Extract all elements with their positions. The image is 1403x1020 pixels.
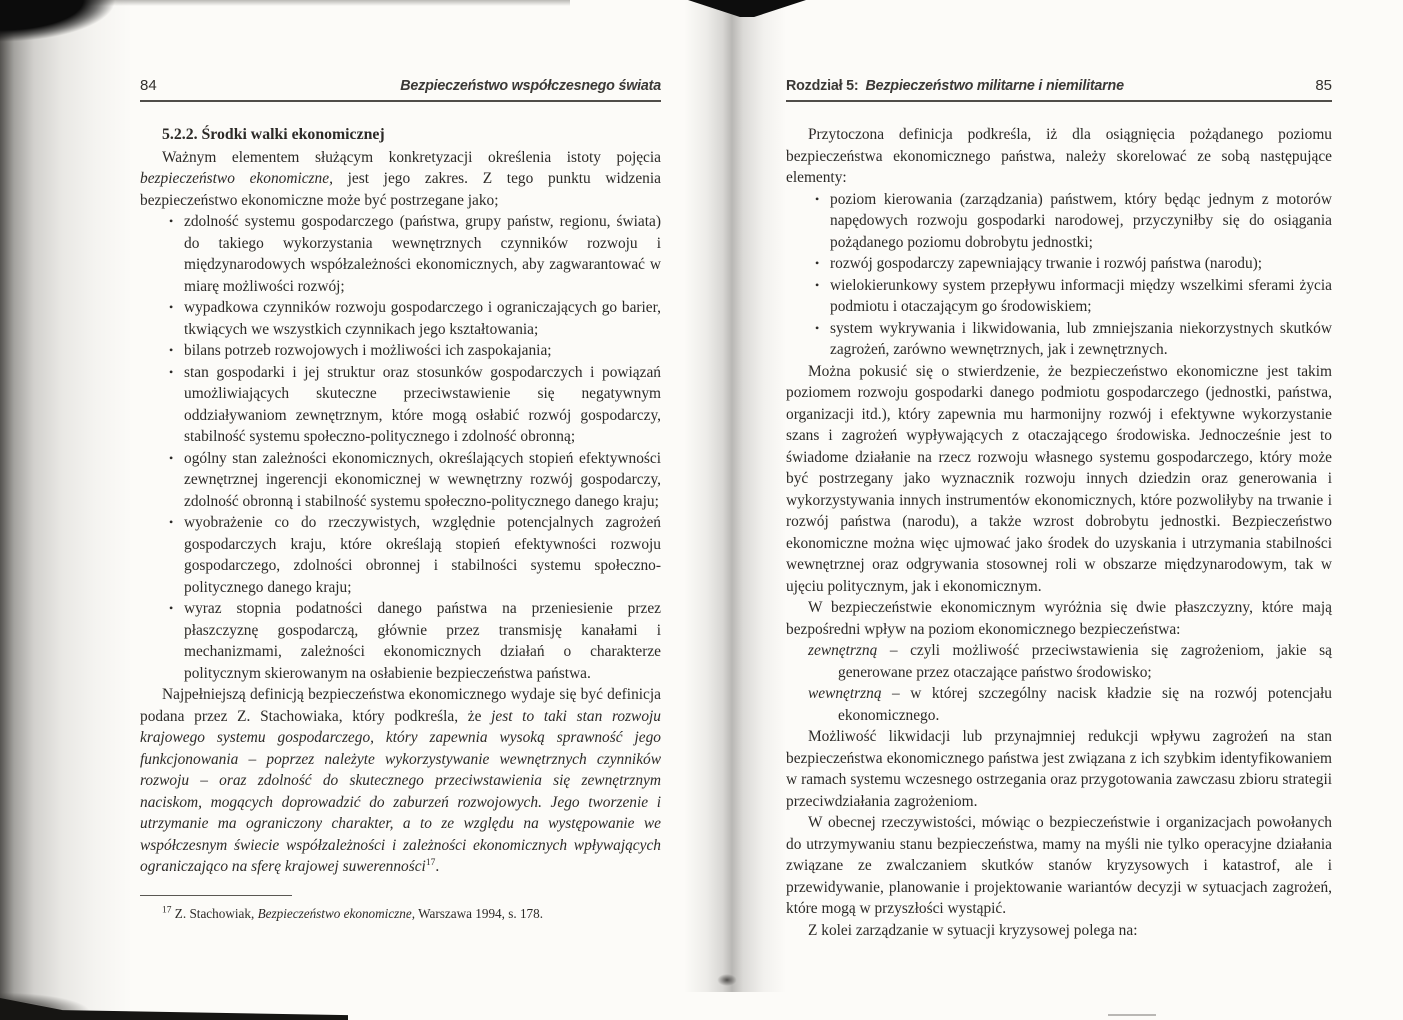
page-number-right: 85 <box>1315 78 1332 94</box>
paragraph: Przytoczona definicja podkreśla, iż dla … <box>786 124 1332 189</box>
text-segment: . <box>435 858 439 875</box>
running-title-left: Bezpieczeństwo współczesnego świata <box>400 78 661 94</box>
running-title-right: Rozdział 5:Bezpieczeństwo militarne i ni… <box>786 78 1124 94</box>
page-right-body: Przytoczona definicja podkreśla, iż dla … <box>786 124 1332 941</box>
text-segment: Warszawa 1994, s. 178. <box>415 906 543 921</box>
scan-bottom-right-mark <box>1108 1014 1156 1016</box>
footnote-text: 17 Z. Stachowiak, Bezpieczeństwo ekonomi… <box>140 905 661 922</box>
book-gutter-shadow <box>684 0 786 992</box>
bullet-item: wypadkowa czynników rozwoju gospodarczeg… <box>168 297 661 340</box>
text-segment: Ważnym elementem służącym konkretyzacji … <box>162 149 661 166</box>
text-segment: Z. Stachowiak, <box>172 906 258 921</box>
paragraph: Możliwość likwidacji lub przynajmniej re… <box>786 726 1332 812</box>
paragraph: W obecnej rzeczywistości, mówiąc o bezpi… <box>786 812 1332 920</box>
text-segment-italic: jest to taki stan rozwoju krajowego syst… <box>140 708 661 876</box>
text-segment-italic: bezpieczeństwo ekonomiczne, <box>140 170 333 187</box>
book-gutter-smudge <box>714 972 740 988</box>
bullet-item: wyraz stopnia podatności danego państwa … <box>168 598 661 684</box>
bullet-item: rozwój gospodarczy zapewniający trwanie … <box>814 253 1332 275</box>
bullet-list-right: poziom kierowania (zarządzania) państwem… <box>786 189 1332 361</box>
running-header-left: 84 Bezpieczeństwo współczesnego świata <box>140 78 661 102</box>
running-header-right: Rozdział 5:Bezpieczeństwo militarne i ni… <box>786 78 1332 102</box>
text-segment-italic: Bezpieczeństwo ekonomiczne, <box>258 906 415 921</box>
page-left: 84 Bezpieczeństwo współczesnego świata 5… <box>140 78 661 922</box>
scan-left-edge-shadow <box>0 0 132 1020</box>
footnote-mark: 17 <box>162 905 172 915</box>
bullet-list-left: zdolność systemu gospodarczego (państwa,… <box>140 211 661 684</box>
scan-corner-top-left <box>0 0 160 58</box>
plane-lead-italic: wewnętrzną <box>808 685 882 702</box>
bullet-item: zdolność systemu gospodarczego (państwa,… <box>168 211 661 297</box>
bullet-item: wielokierunkowy system przepływu informa… <box>814 275 1332 318</box>
bullet-item: wyobrażenie co do rzeczywistych, względn… <box>168 512 661 598</box>
page-number-left: 84 <box>140 78 157 94</box>
bullet-item: ogólny stan zależności ekonomicznych, ok… <box>168 448 661 513</box>
intro-paragraph: Ważnym elementem służącym konkretyzacji … <box>140 147 661 212</box>
chapter-prefix: Rozdział 5: <box>786 78 858 94</box>
plane-item: zewnętrzną – czyli możliwość przeciwstaw… <box>786 640 1332 683</box>
text-segment: – czyli możliwość przeciwstawienia się z… <box>838 642 1332 681</box>
paragraph: Można pokusić się o stwierdzenie, że bez… <box>786 361 1332 598</box>
bullet-item: system wykrywania i likwidowania, lub zm… <box>814 318 1332 361</box>
text-segment: – w której szczególny nacisk kładzie się… <box>838 685 1332 724</box>
plane-item: wewnętrzną – w której szczególny nacisk … <box>786 683 1332 726</box>
book-scan: 84 Bezpieczeństwo współczesnego świata 5… <box>0 0 1403 1020</box>
chapter-title: Bezpieczeństwo militarne i niemilitarne <box>865 78 1123 94</box>
footnote-reference: 17 <box>426 858 436 868</box>
footnote-rule <box>140 895 292 896</box>
bullet-item: stan gospodarki i jej struktur oraz stos… <box>168 362 661 448</box>
page-right: Rozdział 5:Bezpieczeństwo militarne i ni… <box>786 78 1332 941</box>
paragraph: W bezpieczeństwie ekonomicznym wyróżnia … <box>786 597 1332 640</box>
bullet-item: poziom kierowania (zarządzania) państwem… <box>814 189 1332 254</box>
footnote-block: 17 Z. Stachowiak, Bezpieczeństwo ekonomi… <box>140 895 661 922</box>
plane-lead-italic: zewnętrzną <box>808 642 877 659</box>
definition-paragraph: Najpełniejszą definicją bezpieczeństwa e… <box>140 684 661 878</box>
paragraph: Z kolei zarządzanie w sytuacji kryzysowe… <box>786 920 1332 942</box>
section-heading: 5.2.2. Środki walki ekonomicznej <box>140 124 661 146</box>
bullet-item: bilans potrzeb rozwojowych i możliwości … <box>168 340 661 362</box>
page-left-body: 5.2.2. Środki walki ekonomicznej Ważnym … <box>140 124 661 922</box>
